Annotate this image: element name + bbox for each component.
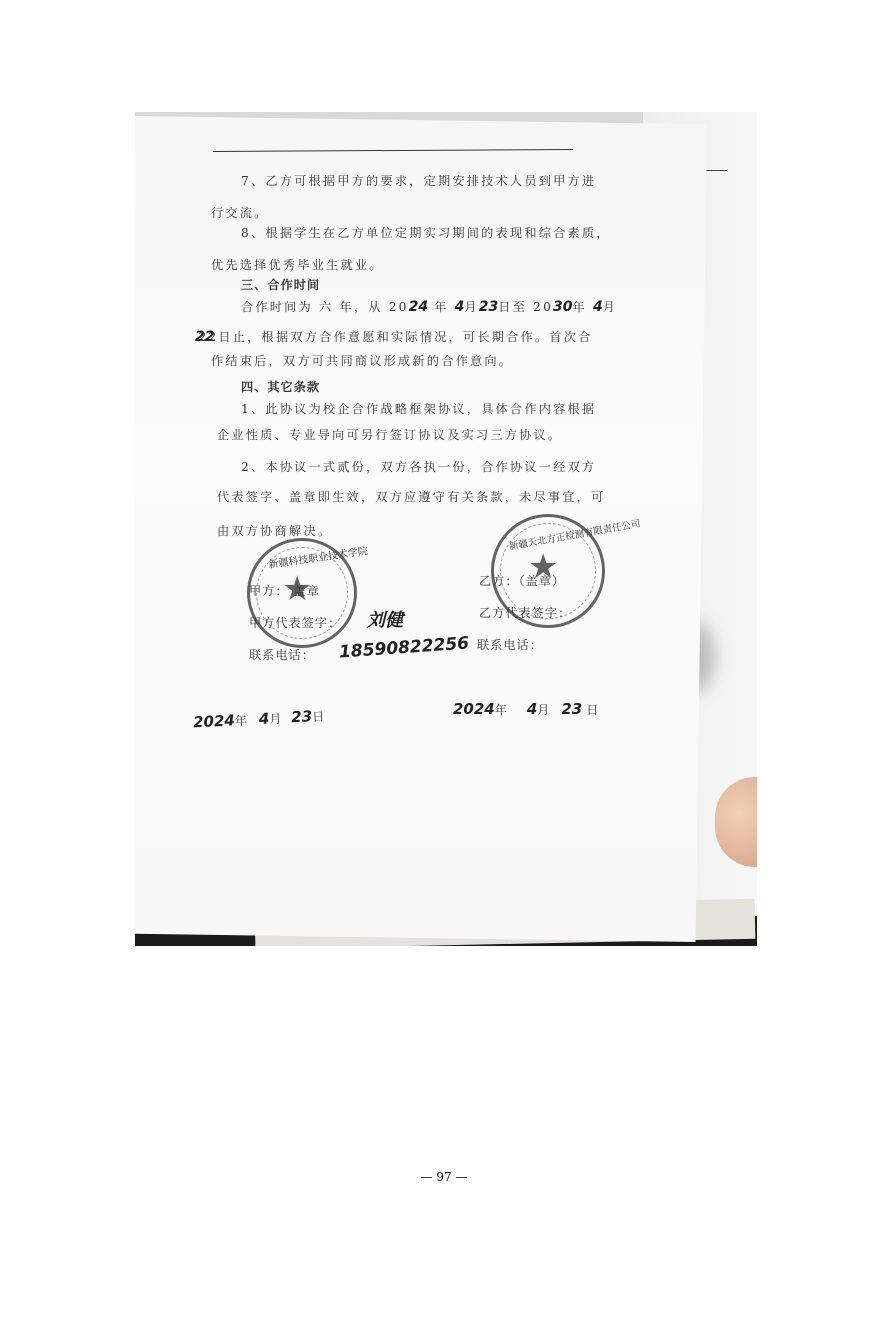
end-month-handwritten: 4 xyxy=(593,299,603,315)
paragraph: 企业性质、专业导向可另行签订协议及实习三方协议。 xyxy=(217,426,562,443)
month-label: 月 xyxy=(537,703,549,717)
section-heading: 三、合作时间 xyxy=(241,276,320,293)
paragraph: 1、此协议为校企合作战略框架协议，具体合作内容根据 xyxy=(241,400,596,417)
main-page: 7、乙方可根据甲方的要求，定期安排技术人员到甲方进 行交流。 8、根据学生在乙方… xyxy=(135,116,707,942)
to-label: 日至 20 xyxy=(498,300,553,314)
start-year-handwritten: 24 xyxy=(409,299,428,315)
party-a-date: 2024年 4月 23日 xyxy=(193,707,325,732)
year-label: 年 xyxy=(234,714,247,729)
party-a-rep-label: 甲方代表签字： xyxy=(249,614,341,631)
paragraph-text: 22日止，根据双方合作意愿和实际情况，可长期合作。首次合 xyxy=(198,330,592,344)
party-b-date-year: 2024 xyxy=(453,700,495,718)
paragraph: 行交流。 xyxy=(211,204,269,221)
section-heading: 四、其它条款 xyxy=(241,378,320,395)
party-b-date: 2024年 4月 23日 xyxy=(453,700,598,718)
paragraph: 2、本协议一式贰份，双方各执一份，合作协议一经双方 xyxy=(241,458,596,475)
month-label: 月 xyxy=(464,300,478,314)
page-number: — 97 — xyxy=(0,1170,888,1184)
paragraph: 代表签字、盖章即生效，双方应遵守有关条款，未尽事宜，可 xyxy=(217,488,605,505)
party-a-date-year: 2024 xyxy=(193,711,236,731)
party-b-date-month: 4 xyxy=(527,700,537,718)
day-label: 日 xyxy=(586,703,598,717)
start-month-handwritten: 4 xyxy=(455,299,465,315)
party-a-signature: 刘健 xyxy=(367,606,403,632)
year-label: 年 xyxy=(428,300,455,314)
party-a-date-day: 23 xyxy=(291,707,313,726)
paragraph: 2222日止，根据双方合作意愿和实际情况，可长期合作。首次合 xyxy=(195,328,592,345)
party-b-rep-label: 乙方代表签字： xyxy=(479,604,571,621)
party-b-date-day: 23 xyxy=(561,700,582,718)
paragraph: 7、乙方可根据甲方的要求，定期安排技术人员到甲方进 xyxy=(241,172,596,189)
party-b-seal-label: 乙方：（盖章） xyxy=(479,572,565,589)
start-day-handwritten: 23 xyxy=(479,299,498,315)
header-rule xyxy=(213,149,573,152)
end-month-label: 月 xyxy=(603,300,617,314)
term-prefix: 合作时间为 六 年，从 20 xyxy=(241,300,409,314)
term-line: 合作时间为 六 年，从 2024 年 4月23日至 2030年 4月 xyxy=(241,298,617,315)
day-label: 日 xyxy=(312,710,325,725)
paragraph: 作结束后，双方可共同商议形成新的合作意向。 xyxy=(211,352,513,369)
year-label: 年 xyxy=(495,703,507,717)
end-year-handwritten: 30 xyxy=(553,299,572,315)
party-a-seal-label: 甲方： 盖章 xyxy=(249,582,320,599)
paragraph: 8、根据学生在乙方单位定期实习期间的表现和综合素质， xyxy=(241,224,611,241)
party-a-phone: 18590822256 xyxy=(338,633,469,662)
party-a-phone-label: 联系电话： xyxy=(249,646,315,663)
paragraph: 由双方协商解决。 xyxy=(217,522,332,539)
month-label: 月 xyxy=(269,712,282,727)
document-photo: 院 7、乙方可根据甲方的要求，定期安排技术人员到甲方进 行交流。 8、根据学生在… xyxy=(135,112,757,946)
end-year-label: 年 xyxy=(573,300,593,314)
party-b-phone-label: 联系电话： xyxy=(477,636,543,653)
paragraph: 优先选择优秀毕业生就业。 xyxy=(211,256,384,273)
